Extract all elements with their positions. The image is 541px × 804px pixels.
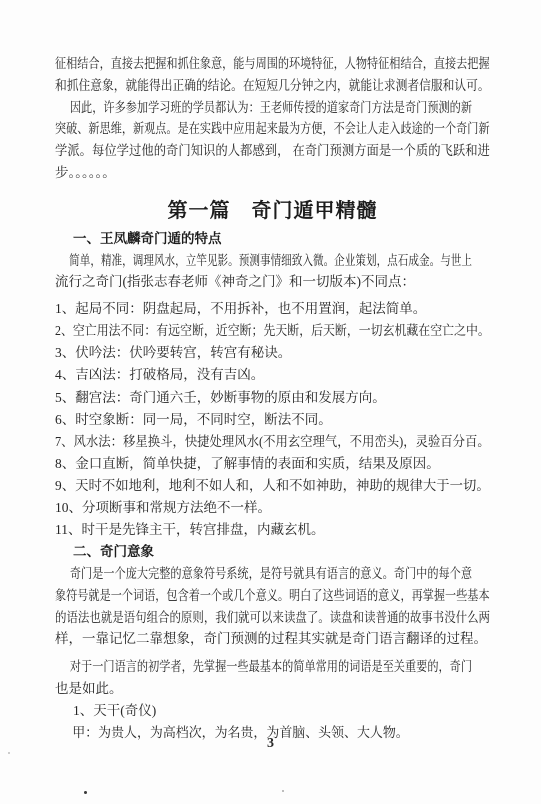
- list-item: 8、金口直断，简单快捷，了解事情的表面和实质，结果及原因。: [55, 453, 490, 475]
- text-line: 流行之奇门(指张志春老师《神奇之门》和一切版本)不同点：: [55, 271, 490, 293]
- subitem-heading: 1、天干(奇仪): [55, 700, 490, 722]
- section2-paragraph: 对于一门语言的初学者，先掌握一些最基本的简单常用的词语是至关重要的，奇门 也是如…: [55, 656, 490, 700]
- section2-paragraph: 奇门是一个庞大完整的意象符号系统，是符号就具有语言的意义。奇门中的每个意 象符号…: [55, 563, 490, 650]
- list-item: 11、时干是先锋主干，转宫排盘，内藏玄机。: [55, 519, 490, 541]
- list-item: 6、时空象断：同一局，不同时空，断法不同。: [55, 409, 490, 431]
- scanned-book-page: 征相结合，直接去把握和抓住象意，能与周围的环境特征，人物特征相结合，直接去把握 …: [0, 0, 541, 804]
- section2-heading: 二、奇门意象: [73, 541, 490, 563]
- page-number: 3: [0, 736, 541, 752]
- list-item: 4、吉凶法：打破格局，没有吉凶。: [55, 364, 490, 386]
- intro-paragraph-continued: 征相结合，直接去把握和抓住象意，能与周围的环境特征，人物特征相结合，直接去把握 …: [55, 53, 490, 97]
- list-item: 3、伏吟法：伏吟要转宫，转宫有秘诀。: [55, 342, 490, 364]
- section1-intro-paragraph: 简单，精准，调理风水，立竿见影。预测事情细致入微。企业策划，点石成金。与世上 流…: [55, 250, 490, 294]
- ink-speck: [8, 752, 10, 754]
- text-line: 突破、新思维，新观点。是在实践中应用起来最为方便，不会让人走入歧途的一个奇门新: [55, 118, 414, 140]
- list-item: 2、空亡用法不同：有远空断，近空断；先天断，后天断，一切玄机藏在空亡之中。: [55, 320, 439, 342]
- text-line: 学派。每位学过他的奇门知识的人都感到， 在奇门预测方面是一个质的飞跃和进: [55, 140, 453, 162]
- ink-speck: [282, 790, 284, 792]
- text-line: 也是如此。: [55, 678, 490, 700]
- text-line: 象符号就是一个词语，包含着一个或几个意义。明白了这些词语的意义，再掌握一些基本: [55, 585, 414, 607]
- text-line: 对于一门语言的初学者，先掌握一些最基本的简单常用的词语是至关重要的，奇门: [55, 656, 415, 678]
- text-line: 简单，精准，调理风水，立竿见影。预测事情细致入微。企业策划，点石成金。与世上: [55, 250, 397, 272]
- text-line: 奇门是一个庞大完整的意象符号系统，是符号就具有语言的意义。奇门中的每个意: [55, 563, 415, 585]
- chapter-title: 第一篇 奇门遁甲精髓: [55, 198, 490, 224]
- text-line: 样，一靠记忆二靠想象，奇门预测的过程其实就是奇门语言翻译的过程。: [55, 628, 490, 650]
- text-line: 因此，许多参加学习班的学员都认为：王老师传授的道家奇门方法是奇门预测的新: [55, 97, 415, 119]
- section1-heading: 一、王凤麟奇门遁的特点: [73, 228, 490, 250]
- list-item: 9、天时不如地利，地利不如人和，人和不如神助，神助的规律大于一切。: [55, 475, 486, 497]
- ink-speck: [84, 791, 87, 794]
- text-line: 步。。。。。。: [55, 162, 490, 184]
- text-line: 和抓住意象，就能得出正确的结论。在短短几分钟之内，就能让求测者信服和认可。: [55, 75, 433, 97]
- list-item: 1、起局不同：阴盘起局，不用拆补，也不用置润，起法简单。: [55, 298, 490, 320]
- text-line: 的语法也就是语句组合的原则，我们就可以来读盘了。读盘和读普通的故事书没什么两: [55, 607, 424, 629]
- text-line: 1、天干(奇仪): [55, 700, 490, 722]
- list-item: 10、分项断事和常规方法绝不一样。: [55, 497, 490, 519]
- list-item: 7、风水法：移星换斗，快捷处理风水(不用玄空理气，不用峦头)，灵验百分百。: [55, 431, 453, 453]
- list-item: 5、翻宫法：奇门通六壬，妙断事物的原由和发展方向。: [55, 387, 490, 409]
- text-line: 征相结合，直接去把握和抓住象意，能与周围的环境特征，人物特征相结合，直接去把握: [55, 53, 414, 75]
- intro-paragraph: 因此，许多参加学习班的学员都认为：王老师传授的道家奇门方法是奇门预测的新 突破、…: [55, 97, 490, 184]
- numbered-list: 1、起局不同：阴盘起局，不用拆补，也不用置润，起法简单。 2、空亡用法不同：有远…: [55, 298, 490, 541]
